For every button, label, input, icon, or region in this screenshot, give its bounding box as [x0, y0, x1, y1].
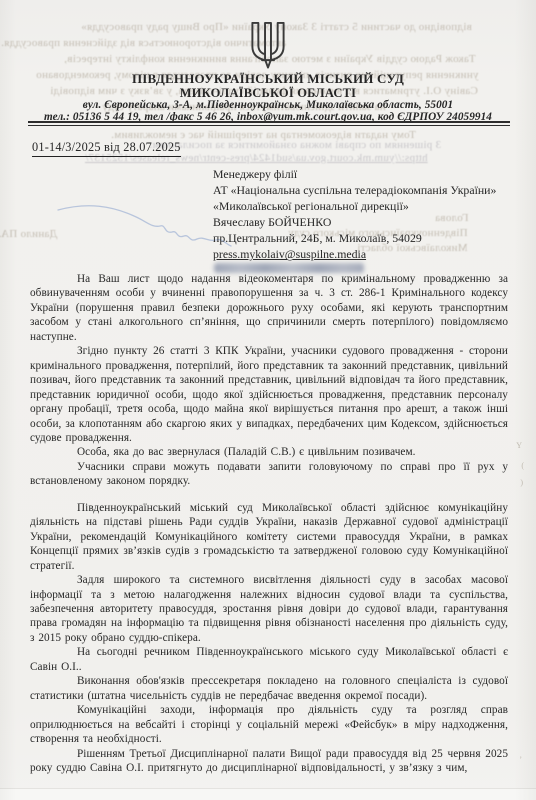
letterhead-divider: [28, 121, 510, 126]
paragraph: На Ваш лист щодо надання відеокоментаря …: [30, 272, 508, 344]
bleedthrough-text: Данило ПАЛАМАР: [0, 228, 57, 240]
scan-artifact: ’: [519, 755, 522, 764]
recipient-company: АТ «Національна суспільна телерадіокомпа…: [213, 182, 496, 198]
paragraph: Рішенням Третьої Дисциплінарної палати В…: [30, 747, 508, 776]
pen-scribble: [50, 196, 235, 258]
ukraine-trident-emblem-icon: [245, 20, 291, 77]
scan-artifact: (: [521, 461, 524, 470]
paragraph: Згідно пункту 26 статті 3 КПК України, у…: [30, 344, 508, 445]
recipient-address: пр.Центральний, 24Б, м. Миколаїв, 54029: [213, 230, 496, 246]
paragraph: На сьогодні речником Південноукраїнськог…: [30, 645, 508, 674]
court-address: вул. Європейська, 3-А, м.Південноукраїнс…: [0, 99, 536, 111]
recipient-block: Менеджеру філії АТ «Національна суспільн…: [213, 166, 496, 263]
paragraph: Південноукраїнський міський суд Миколаїв…: [30, 501, 508, 573]
reference-number: 01-14/3/2025 від 28.07.2025: [32, 140, 181, 157]
paragraph: Особа, яка до вас звернулася (Паладій С.…: [30, 445, 508, 459]
recipient-branch: «Миколаївської регіональної дирекції»: [213, 198, 496, 214]
bleedthrough-text: З рішенням по справі можна ознайомитися …: [149, 139, 441, 151]
letter-body: На Ваш лист щодо надання відеокоментаря …: [30, 272, 508, 775]
paragraph: Учасники справи можуть подавати запити г…: [30, 460, 508, 489]
recipient-email: press.mykolaiv@suspilne.media: [213, 246, 496, 262]
bleedthrough-text: автоматично відсторонюється від здійснен…: [1, 37, 286, 49]
scanned-letter-page: відповідно до частини 5 статті 3 Закону …: [0, 0, 536, 800]
scan-artifact: ): [520, 478, 523, 487]
recipient-name: Вячеславу БОЙЧЕНКО: [213, 214, 496, 230]
recipient-title: Менеджеру філії: [213, 166, 496, 182]
paragraph: Виконання обов'язків прессекретаря покла…: [30, 674, 508, 703]
paragraph: Комунікаційні заходи, інформація про дія…: [30, 703, 508, 746]
scan-page-bottom-edge: [0, 788, 536, 800]
court-name-line1: ПІВДЕННОУКРАЇНСЬКИЙ МІСЬКИЙ СУД: [0, 71, 536, 87]
paragraph: Задля широкого та системного висвітлення…: [30, 573, 508, 645]
scan-artifact: Y: [516, 441, 522, 450]
